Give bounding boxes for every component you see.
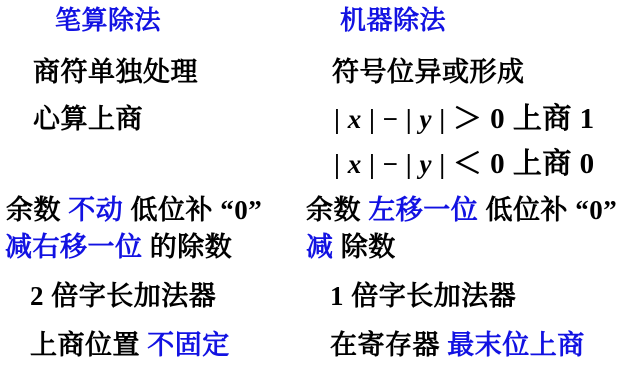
- text-segment: 符号位异或形成: [332, 57, 525, 87]
- text-segment: 除数: [334, 232, 396, 262]
- right-line-subtract-divisor: 减 除数: [306, 231, 396, 263]
- text-segment: 心算上商: [33, 104, 143, 134]
- text-segment: | − |: [362, 149, 420, 179]
- comparison-segment: ＞ 0 上商 1: [453, 103, 595, 135]
- header-machine-division: 机器除法: [340, 5, 446, 37]
- text-segment: 余数: [306, 195, 368, 225]
- highlight-text: 不动: [68, 195, 123, 225]
- text-segment: 的除数: [143, 232, 233, 262]
- variable-y: y: [419, 104, 431, 134]
- left-line-mental-quotient: 心算上商: [33, 103, 143, 135]
- division-comparison-slide: 笔算除法 机器除法 商符单独处理 心算上商 余数 不动 低位补 “0” 减右移一…: [0, 0, 639, 374]
- text-segment: 低位补 “0”: [123, 195, 262, 225]
- highlight-text: 减右移一位: [5, 232, 143, 262]
- highlight-text: 不固定: [147, 330, 230, 360]
- text-segment: |: [432, 149, 453, 179]
- comparison-segment: ＜ 0 上商 0: [453, 148, 595, 180]
- left-line-adder-width: 2 倍字长加法器: [30, 280, 216, 312]
- text-segment: 低位补 “0”: [478, 195, 617, 225]
- right-line-formula-lt: | x | − | y | ＜ 0 上商 0: [334, 148, 595, 180]
- text-segment: 2 倍字长加法器: [30, 281, 216, 311]
- right-line-quotient-position: 在寄存器 最末位上商: [330, 329, 585, 361]
- variable-y: y: [419, 149, 431, 179]
- text-segment: 1 倍字长加法器: [330, 281, 516, 311]
- variable-x: x: [348, 104, 362, 134]
- left-line-quotient-sign: 商符单独处理: [33, 56, 198, 88]
- left-line-remainder: 余数 不动 低位补 “0”: [6, 194, 262, 226]
- text-segment: |: [334, 149, 348, 179]
- text-segment: 在寄存器: [330, 330, 447, 360]
- highlight-text: 最末位上商: [447, 330, 585, 360]
- right-line-remainder: 余数 左移一位 低位补 “0”: [306, 194, 617, 226]
- right-line-adder-width: 1 倍字长加法器: [330, 280, 516, 312]
- right-line-formula-gt: | x | − | y | ＞ 0 上商 1: [334, 103, 595, 135]
- text-segment: | − |: [362, 104, 420, 134]
- highlight-text: 左移一位: [368, 195, 478, 225]
- text-segment: |: [334, 104, 348, 134]
- variable-x: x: [348, 149, 362, 179]
- text-segment: 商符单独处理: [33, 57, 198, 87]
- text-segment: |: [432, 104, 453, 134]
- highlight-text: 减: [306, 232, 334, 262]
- left-line-quotient-position: 上商位置 不固定: [30, 329, 230, 361]
- left-line-subtract-divisor: 减右移一位 的除数: [5, 231, 232, 263]
- right-line-sign-xor: 符号位异或形成: [332, 56, 525, 88]
- text-segment: 余数: [6, 195, 68, 225]
- header-manual-division: 笔算除法: [55, 5, 161, 37]
- text-segment: 上商位置: [30, 330, 147, 360]
